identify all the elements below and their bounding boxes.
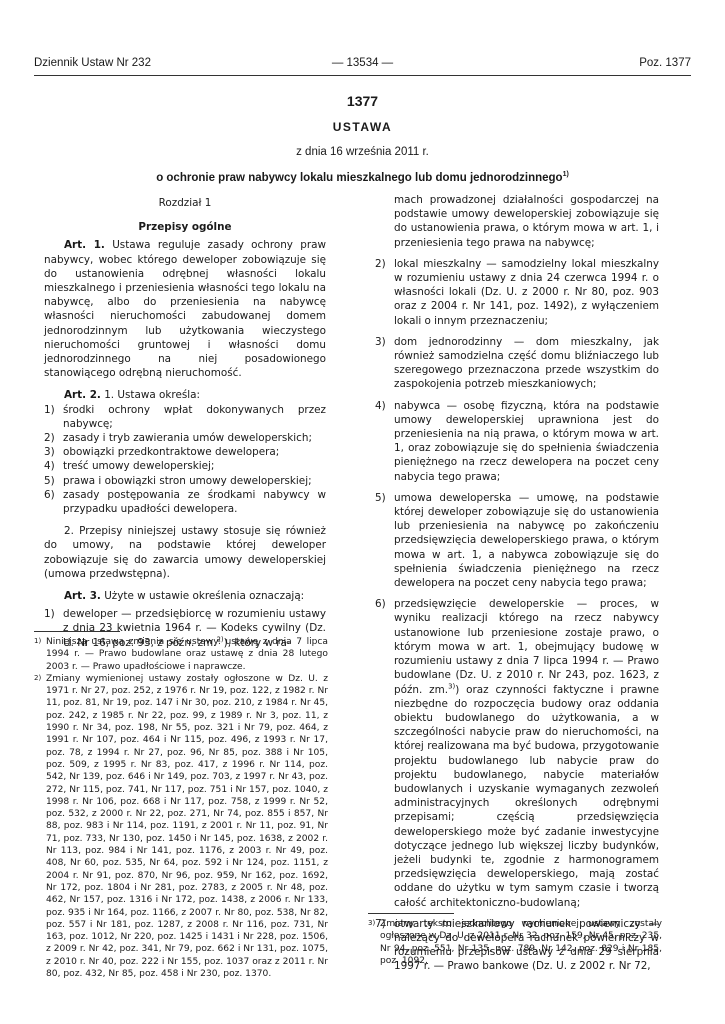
art-1: Art. 1. Ustawa reguluje zasady ochrony p…	[44, 238, 326, 380]
list-item: 4)nabywca — osobę fizyczną, która na pod…	[387, 399, 659, 484]
footnote-text: Niniejszą ustawą zmienia się ustawy: ust…	[46, 636, 328, 673]
item-number: 1)	[44, 403, 63, 431]
list-item: 3)dom jednorodzinny — dom mieszkalny, ja…	[387, 335, 659, 392]
item-text: lokal mieszkalny — samodzielny lokal mie…	[394, 257, 659, 328]
footnote-divider	[368, 913, 454, 914]
item-text: prawa i obowiązki stron umowy dewelopers…	[63, 474, 326, 488]
art-3-intro-text: Użyte w ustawie określenia oznaczają:	[104, 590, 304, 602]
item-number	[375, 193, 394, 250]
item-number: 2)	[44, 431, 63, 445]
art-2-intro-text: 1. Ustawa określa:	[104, 389, 200, 401]
footnote-2: 2)Zmiany wymienionej ustawy zostały ogło…	[34, 673, 328, 980]
list-item: 1)środki ochrony wpłat dokonywanych prze…	[54, 403, 326, 431]
item-text: zasady postępowania ze środkami nabywcy …	[63, 488, 326, 516]
chapter-label: Rozdział 1	[44, 196, 326, 210]
item-text: dom jednorodzinny — dom mieszkalny, jak …	[394, 335, 659, 392]
item-text-part: ) oraz czynności faktyczne i prawne niez…	[394, 684, 659, 909]
item-number: 5)	[44, 474, 63, 488]
position-number: Poz. 1377	[639, 57, 691, 69]
footnote-text: Zmiany tekstu jednolitego wymienionej us…	[380, 918, 662, 967]
item-text: treść umowy deweloperskiej;	[63, 459, 326, 473]
art-3-list-cont: mach prowadzonej działalności gospodarcz…	[377, 193, 659, 974]
footnote-mark: 2)	[34, 673, 46, 980]
footnote-ref: 1)	[563, 171, 569, 178]
act-type: USTAWA	[0, 120, 725, 134]
left-column: Rozdział 1 Przepisy ogólne Art. 1. Ustaw…	[44, 196, 326, 650]
item-text: zasady i tryb zawierania umów dewelopers…	[63, 431, 326, 445]
item-number: 6)	[44, 488, 63, 516]
art-2-intro: Art. 2. 1. Ustawa określa:	[44, 388, 326, 402]
footnote-divider	[34, 631, 120, 632]
footnote-mark: 3)	[368, 918, 380, 967]
art-1-text: Ustawa reguluje zasady ochrony praw naby…	[44, 239, 326, 379]
footnotes-left: 1)Niniejszą ustawą zmienia się ustawy: u…	[34, 636, 328, 980]
item-number: 6)	[375, 597, 394, 909]
list-item: mach prowadzonej działalności gospodarcz…	[387, 193, 659, 250]
right-column: mach prowadzonej działalności gospodarcz…	[377, 193, 659, 981]
art-3-intro: Art. 3. Użyte w ustawie określenia oznac…	[44, 589, 326, 603]
item-number: 4)	[44, 459, 63, 473]
list-item: 6)przedsięwzięcie deweloperskie — proces…	[387, 597, 659, 909]
item-text-part: przedsięwzięcie deweloperskie — proces, …	[394, 598, 659, 695]
act-number: 1377	[0, 93, 725, 109]
list-item: 3)obowiązki przedkontraktowe dewelopera;	[54, 445, 326, 459]
footnotes-right: 3)Zmiany tekstu jednolitego wymienionej …	[368, 918, 662, 967]
act-date: z dnia 16 września 2011 r.	[0, 146, 725, 158]
art-2-list: 1)środki ochrony wpłat dokonywanych prze…	[44, 403, 326, 517]
list-item: 6)zasady postępowania ze środkami nabywc…	[54, 488, 326, 516]
item-number: 3)	[44, 445, 63, 459]
art-2-label: Art. 2.	[64, 389, 101, 401]
footnote-3: 3)Zmiany tekstu jednolitego wymienionej …	[368, 918, 662, 967]
item-text: mach prowadzonej działalności gospodarcz…	[394, 193, 659, 250]
footnote-text: Zmiany wymienionej ustawy zostały ogłosz…	[46, 673, 328, 980]
item-number: 2)	[375, 257, 394, 328]
list-item: 4)treść umowy deweloperskiej;	[54, 459, 326, 473]
item-number: 3)	[375, 335, 394, 392]
art-3-label: Art. 3.	[64, 590, 101, 602]
list-item: 5)umowa deweloperska — umowę, na podstaw…	[387, 491, 659, 590]
item-number: 4)	[375, 399, 394, 484]
chapter-heading: Przepisy ogólne	[44, 220, 326, 234]
item-text: środki ochrony wpłat dokonywanych przez …	[63, 403, 326, 431]
list-item: 5)prawa i obowiązki stron umowy dewelope…	[54, 474, 326, 488]
art-1-label: Art. 1.	[64, 239, 105, 251]
page-header: Dziennik Ustaw Nr 232 — 13534 — Poz. 137…	[34, 55, 691, 76]
item-number: 5)	[375, 491, 394, 590]
footnote-1: 1)Niniejszą ustawą zmienia się ustawy: u…	[34, 636, 328, 673]
page-number: — 13534 —	[34, 57, 691, 69]
item-text: przedsięwzięcie deweloperskie — proces, …	[394, 597, 659, 909]
item-text: nabywca — osobę fizyczną, która na podst…	[394, 399, 659, 484]
list-item: 2)zasady i tryb zawierania umów dewelope…	[54, 431, 326, 445]
footnote-mark: 1)	[34, 636, 46, 673]
art-2-para-2: 2. Przepisy niniejszej ustawy stosuje si…	[44, 524, 326, 581]
list-item: 2)lokal mieszkalny — samodzielny lokal m…	[387, 257, 659, 328]
item-text: umowa deweloperska — umowę, na podstawie…	[394, 491, 659, 590]
act-title: o ochronie praw nabywcy lokalu mieszkaln…	[0, 172, 725, 184]
item-text: obowiązki przedkontraktowe dewelopera;	[63, 445, 326, 459]
act-title-text: o ochronie praw nabywcy lokalu mieszkaln…	[156, 172, 562, 184]
